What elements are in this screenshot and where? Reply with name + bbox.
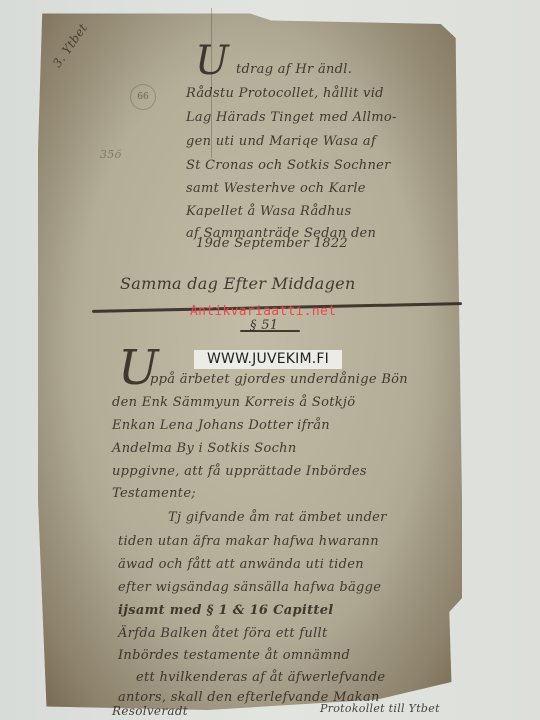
body2-line-3: äwad och fått att anwända uti tiden xyxy=(118,557,364,572)
header-line-5: St Cronas och Sotkis Sochner xyxy=(186,158,391,173)
header-line-4: gen uti und Mariqe Wasa af xyxy=(186,134,376,149)
body-initial: U xyxy=(118,340,158,396)
body2-line-1: Tj gifvande åm rat ämbet under xyxy=(168,510,387,525)
body-line-3: Enkan Lena Johans Dotter ifrån xyxy=(112,418,330,433)
header-line-6: samt Westerhve och Karle xyxy=(186,181,366,196)
body-line-5: uppgivne, att få upprättade Inbördes xyxy=(112,464,367,479)
pencil-note: 35ö xyxy=(100,148,122,161)
footer-left: Resolveradt xyxy=(112,704,188,718)
header-initial: U xyxy=(195,38,229,84)
body2-line-2: tiden utan äfra makar hafwa hwarann xyxy=(118,534,379,549)
header-line-3: Lag Härads Tinget med Allmo- xyxy=(186,110,397,125)
footer-right: Protokollet till Ytbet xyxy=(320,702,440,715)
header-line-2: Rådstu Protocollet, hållit vid xyxy=(186,86,384,101)
body-line-1: ppå ärbetet gjordes underdånige Bön xyxy=(150,372,408,387)
section-number-underline xyxy=(240,330,300,332)
body-line-4: Andelma By i Sotkis Sochn xyxy=(112,441,297,456)
body2-line-8: ett hvilkenderas af åt äfwerlefvande xyxy=(136,670,385,685)
watermark-juvekim: WWW.JUVEKIM.FI xyxy=(194,350,342,369)
header-line-7: Kapellet å Wasa Rådhus xyxy=(186,204,351,219)
watermark-antikvariaatti: Antikvariaatti.net xyxy=(190,304,336,319)
body2-line-6: Ärfda Balken åtet föra ett fullt xyxy=(118,626,328,641)
body-line-6: Testamente; xyxy=(112,486,196,501)
section-title: Samma dag Efter Middagen xyxy=(120,274,356,293)
body2-line-4: efter wigsändag sänsälla hafwa bägge xyxy=(118,580,381,595)
body2-line-5: ijsamt med § 1 & 16 Capittel xyxy=(118,603,334,618)
circled-page-number: 66 xyxy=(130,84,156,110)
header-line-1: tdrag af Hr ändl. xyxy=(236,62,352,77)
body2-line-7: Inbördes testamente åt omnämnd xyxy=(118,648,350,663)
body-line-2: den Enk Sämmyun Korreis å Sotkjö xyxy=(112,395,355,410)
header-line-9: 19de September 1822 xyxy=(196,236,348,251)
